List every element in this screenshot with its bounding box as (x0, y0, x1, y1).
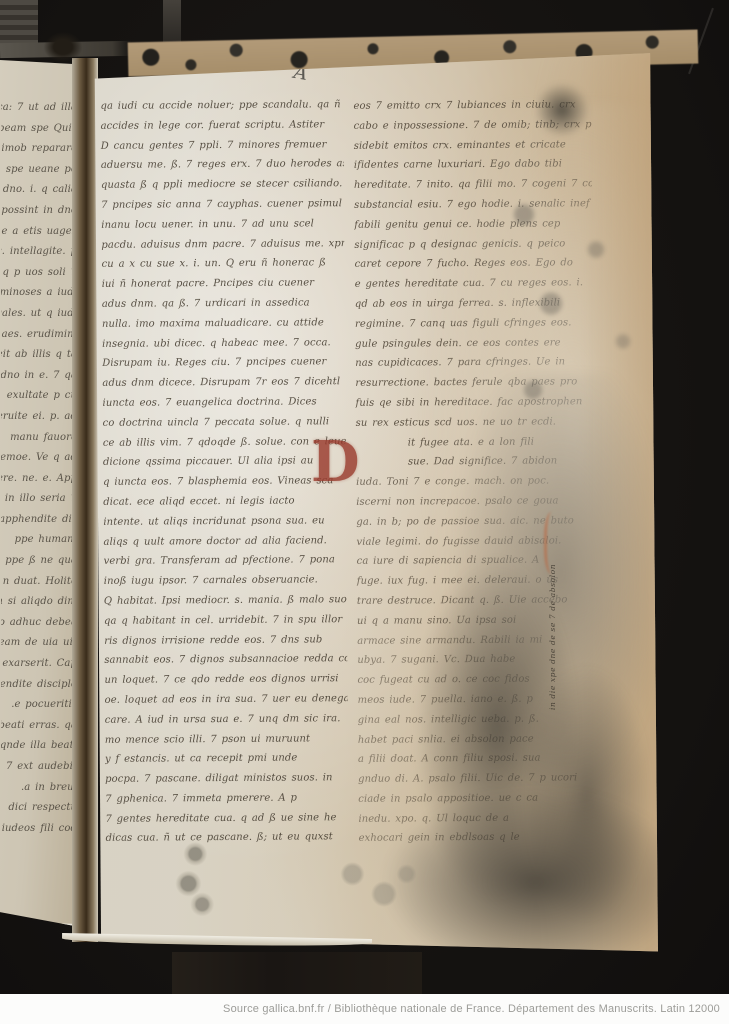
text-line: D cancu gentes 7 ppli. 7 minores fremuer (101, 135, 344, 156)
clasp-remnant (44, 32, 82, 62)
text-line: e gentes hereditate cua. 7 cu reges eos.… (355, 273, 593, 294)
text-line: hereditate. 7 inito. qa filii mo. 7 coge… (354, 174, 592, 195)
text-line: Q habitat. Ipsi mediocr. s. mania. ß mal… (104, 590, 347, 611)
text-line: exhocari gein in ebdlsoas q le (358, 828, 596, 849)
text-line: dicas cua. ñ ut ce pascane. ß; ut eu qux… (105, 828, 348, 849)
source-caption: Source gallica.bnf.fr / Bibliothèque nat… (0, 994, 729, 1024)
text-line-fragment: hendite disciplo (1, 675, 77, 696)
text-line: ui q a manu sino. Ua ipsa soi (357, 610, 595, 631)
text-line: 7 pncipes sic anna 7 cayphas. cuener psi… (101, 194, 344, 215)
facing-page-text: occa: 7 ut ad illahubeam spe Quise imob … (1, 98, 77, 839)
marginal-annotation: in die xpe dne de se 7 de absolon (548, 550, 557, 710)
text-line: habet paci snlia. ei absolon pace (358, 729, 596, 750)
text-line-fragment: exarserit. Cap (1, 654, 77, 675)
text-line: meos iude. 7 puella. iano e. ß. p (358, 689, 596, 710)
text-line: ciade in psalo appositioe. ue c ca (358, 788, 596, 809)
text-line: dicat. ece aliqd eccet. ni legis iacto (103, 491, 346, 512)
wax-spots-2 (330, 850, 420, 930)
illuminated-initial-d: D (311, 436, 360, 488)
text-line: nas cupidicaces. 7 para cfringes. Ue in (355, 353, 593, 374)
manuscript-page: A qa iudi cu accide noluer; ppe scandalu… (92, 44, 658, 956)
text-line-fragment: occa: 7 ut ad illa (1, 98, 77, 119)
text-line-fragment: dere. ne. e. App (1, 469, 77, 490)
text-line: inoß iugu ipsor. 7 carnales obseruancie. (104, 570, 347, 591)
text-line: coc fugeat cu ad o. ce coc fidos (357, 669, 595, 690)
text-line-fragment: hubeam spe Quis (1, 119, 77, 140)
text-line: nulla. imo maxima maluadicare. cu attide (102, 313, 345, 334)
text-line: oe. loquet ad eos in ira sua. 7 uer eu d… (105, 689, 348, 710)
text-line-fragment: seit ab illis q ta (1, 345, 77, 366)
text-line: ce ab illis vim. 7 qdoqde ß. solue. con … (103, 432, 346, 453)
text-line: q iuncta eos. 7 blasphemia eos. Vineas s… (103, 471, 346, 492)
text-line: su rex esticus scd uos. ne uo tr ecdi. (356, 412, 594, 433)
text-line-fragment: beati erras. qa (1, 716, 77, 737)
text-line: qa iudi cu accide noluer; ppe scandalu. … (100, 95, 343, 116)
text-line: gina eal nos. intelligic ueba. p. ß. (358, 709, 596, 730)
text-line-fragment: seruite ei. p. ad (1, 407, 77, 428)
text-line: 7 gphenica. 7 immeta pmerere. A p (105, 788, 348, 809)
text-line: fuis qe sibi in hereditace. fac apostrop… (355, 392, 593, 413)
text-line: inedu. xpo. q. Ul loquc de a (358, 808, 596, 829)
text-line: adus dnm dicece. Disrupam 7r eos 7 diceh… (102, 372, 345, 393)
text-line: intente. ut aliqs incridunat psona sua. … (103, 511, 346, 532)
text-column-right: eos 7 emitto crx 7 lubiances in ciuiu. c… (353, 95, 596, 849)
cover-bottom-edge (172, 952, 422, 996)
text-line: gule psingules dein. ce eos contes ere (355, 333, 593, 354)
text-line: caret cepore 7 fucho. Reges eos. Ego do (354, 254, 592, 275)
text-line: pocpa. 7 pascane. diligat ministos suos.… (105, 768, 348, 789)
text-line: ca iure di sapiencia di spualice. A (357, 550, 595, 571)
text-line: ifidentes carne luxuriari. Ego dabo tibi (354, 155, 592, 176)
text-line: cu a x cu sue x. i. un. Q eru ñ honerac … (101, 254, 344, 275)
text-line-fragment: e dno in e. 7 qa (1, 366, 77, 387)
text-line: trare destruce. Dicant q. ß. Uie accebo (357, 590, 595, 611)
text-line: 7 gentes hereditate cua. q ad ß ue sine … (105, 808, 348, 829)
text-line-fragment: dici respectu (1, 798, 77, 819)
text-line: ris dignos irrisione redde eos. 7 dns su… (104, 630, 347, 651)
text-line: iscerni non increpacoe. psalo ce goua (356, 491, 594, 512)
text-line: y f estancis. ut ca recepit pmi unde (105, 748, 348, 769)
text-line-fragment: es. ne a etis uages (1, 222, 77, 243)
text-line: gnduo di. A. psalo filii. Uic de. 7 p uc… (358, 768, 596, 789)
text-line: sidebit emitos crx. eminantes et cricate (354, 135, 592, 156)
text-line-fragment: ppe ß ne qua (1, 551, 77, 572)
text-line-fragment: manu fauore (1, 428, 77, 449)
text-line-fragment: naes. erudimini (1, 325, 77, 346)
manuscript-photo: occa: 7 ut ad illahubeam spe Quise imob … (0, 0, 729, 1024)
text-line: iui ñ honerat pacre. Pncipes ciu cuener (102, 273, 345, 294)
text-line-fragment: cza spe ueane po (1, 160, 77, 181)
text-line-fragment: i minoses a iudi (1, 283, 77, 304)
source-caption-text: Source gallica.bnf.fr / Bibliothèque nat… (223, 1003, 720, 1015)
text-line-fragment: ces. intellagite. p (1, 242, 77, 263)
text-line: qa q habitant in cel. urridebit. 7 in sp… (104, 610, 347, 631)
text-line-fragment: emoe. Ve q ad (1, 448, 77, 469)
text-line: aduersu me. ß. 7 reges erx. 7 duo herode… (101, 155, 344, 176)
book-gutter (72, 58, 98, 942)
text-line-fragment: n si aliqdo dim (1, 592, 77, 613)
text-line-fragment: 7 si in illo seria (1, 489, 77, 510)
text-line: un loquet. 7 ce qdo redde eos dignos urr… (104, 669, 347, 690)
wax-spots (170, 842, 216, 922)
text-line-fragment: iudeos fili cod (1, 819, 77, 840)
text-line-fragment: 7 uos q p uos soli (1, 263, 77, 284)
text-line-fragment: e pocueritis. (1, 695, 77, 716)
text-line-fragment: do adhuc debea (1, 613, 77, 634)
text-line: ubya. 7 sugani. Vc. Dua habe (357, 649, 595, 670)
text-line: accides in lege cor. fuerat scriptu. Ast… (101, 115, 344, 136)
text-line: adus dnm. qa ß. 7 urdicari in assedica (102, 293, 345, 314)
text-line: sannabit eos. 7 dignos subsannacioe redd… (104, 649, 347, 670)
text-line: resurrectione. bactes ferule qba paes pr… (355, 372, 593, 393)
text-line-fragment: gales. ut q iudi (1, 304, 77, 325)
text-line: a filii doat. A conn filiu sposi. sua (358, 748, 596, 769)
text-line: substancial esiu. 7 ego hodie. i. senali… (354, 194, 592, 215)
text-line: Disrupam iu. Reges ciu. 7 pncipes cuener (102, 353, 345, 374)
text-line: quasta ß q ppli mediocre se stecer csili… (101, 174, 344, 195)
binding-board-top (163, 0, 181, 42)
text-line: sue. Dad significe. 7 abidon (408, 452, 594, 473)
text-line: pacdu. aduisus dnm pacre. 7 aduisus me. … (101, 234, 344, 255)
text-line: iuncta eos. 7 euangelica doctrina. Dices (102, 392, 345, 413)
text-line: iuda. Toni 7 e conge. mach. on poc. (356, 471, 594, 492)
text-line-fragment: e imob reparare (1, 139, 77, 160)
text-line: armace sine armandu. Rabili ia mi (357, 630, 595, 651)
text-line: aliqs q uult amore doctor ad alia facien… (103, 531, 346, 552)
facing-page-edge: occa: 7 ut ad illahubeam spe Quise imob … (0, 60, 80, 934)
text-line-fragment: apphendite dis (1, 510, 77, 531)
text-line: it fugee ata. e a lon fili (408, 432, 594, 453)
text-line: fuge. iux fug. i mee ei. deleraui. o us (357, 570, 595, 591)
text-line-fragment: a in breui. (1, 778, 77, 799)
text-line-fragment: co 7 ext audebit (1, 757, 77, 778)
text-line: viale legimi. do fugisse dauid abisaloi. (356, 531, 594, 552)
text-line-fragment: ut possint in dno (1, 201, 77, 222)
text-line: mo mence scio illi. 7 pson ui muruunt (105, 729, 348, 750)
text-line: fabili genitu genui ce. hodie plens cep (354, 214, 592, 235)
text-line-fragment: ppe humani (1, 530, 77, 551)
text-line: ga. in b; po de passioe sua. aic. ne but… (356, 511, 594, 532)
text-line-fragment: exultate p cu (1, 386, 77, 407)
text-line: co doctrina uincla 7 peccata solue. q nu… (103, 412, 346, 433)
text-line-fragment: in dno. i. q calia (1, 180, 77, 201)
text-line: inanu locu uener. in unu. 7 ad unu scel (101, 214, 344, 235)
text-line-fragment: n duat. Holite (1, 572, 77, 593)
text-line: regimine. 7 canq uas figuli cfringes eos… (355, 313, 593, 334)
text-line: significac p q designac genicis. q peico (354, 234, 592, 255)
text-line-fragment: qnde illa beati (1, 736, 77, 757)
text-line: cabo e inpossessione. 7 de omib; tinb; c… (354, 115, 592, 136)
text-line: verbi gra. Transferam ad pfectione. 7 po… (104, 550, 347, 571)
text-line: dicione qssima piccauer. Ul alia ipsi au (103, 451, 346, 472)
text-line-fragment: eam de uia uit (1, 633, 77, 654)
text-line: insegnia. ubi dicec. q habeac mee. 7 occ… (102, 333, 345, 354)
text-line: eos 7 emitto crx 7 lubiances in ciuiu. c… (353, 95, 591, 116)
text-line: care. A iud in ursa sua e. 7 unq dm sic … (105, 709, 348, 730)
text-line: qd ab eos in uirga ferrea. s. inflexibil… (355, 293, 593, 314)
